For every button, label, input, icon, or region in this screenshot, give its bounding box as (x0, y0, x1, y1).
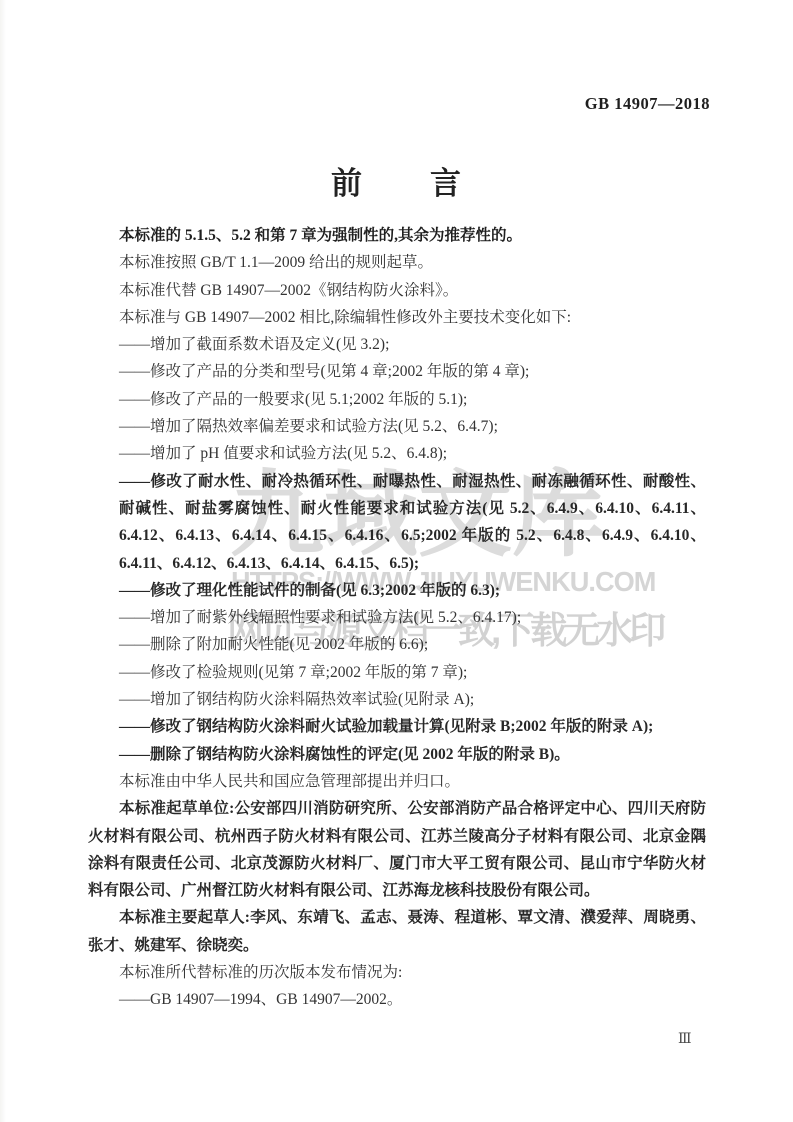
body-line: 本标准按照 GB/T 1.1—2009 给出的规则起草。 (88, 249, 706, 276)
document-page: 九域文库 HTTPS://WWW.JIUYUWENKU.COM 网页与源文档一致… (0, 0, 793, 1122)
body-line: ——增加了钢结构防火涂料隔热效率试验(见附录 A); (119, 686, 706, 713)
body-line: 本标准所代替标准的历次版本发布情况为: (88, 959, 706, 986)
page-number: Ⅲ (678, 1031, 692, 1048)
body-line: 本标准的 5.1.5、5.2 和第 7 章为强制性的,其余为推荐性的。 (88, 222, 706, 249)
body-line: ——增加了隔热效率偏差要求和试验方法(见 5.2、6.4.7); (119, 413, 706, 440)
page-title: 前 言 (88, 158, 706, 203)
body-line: ——GB 14907—1994、GB 14907—2002。 (119, 986, 706, 1013)
body-line: ——修改了理化性能试件的制备(见 6.3;2002 年版的 6.3); (119, 577, 706, 604)
body-line: ——增加了 pH 值要求和试验方法(见 5.2、6.4.8); (119, 440, 706, 467)
body-line: 本标准代替 GB 14907—2002《钢结构防火涂料》。 (88, 277, 706, 304)
body-line: ——增加了截面系数术语及定义(见 3.2); (119, 331, 706, 358)
body-line: 本标准主要起草人:李风、东靖飞、孟志、聂涛、程道彬、覃文清、濮爱萍、周晓勇、张才… (88, 904, 706, 959)
body-line: ——增加了耐紫外线辐照性要求和试验方法(见 5.2、6.4.17); (119, 604, 706, 631)
body-line: ——修改了耐水性、耐冷热循环性、耐曝热性、耐湿热性、耐冻融循环性、耐酸性、耐碱性… (119, 468, 706, 577)
body-line: ——删除了附加耐火性能(见 2002 年版的 6.6); (119, 631, 706, 658)
body-line: ——修改了产品的分类和型号(见第 4 章;2002 年版的第 4 章); (119, 358, 706, 385)
body-line: ——修改了检验规则(见第 7 章;2002 年版的第 7 章); (119, 659, 706, 686)
body-line: 本标准起草单位:公安部四川消防研究所、公安部消防产品合格评定中心、四川天府防火材… (88, 795, 706, 904)
body-line: ——删除了钢结构防火涂料腐蚀性的评定(见 2002 年版的附录 B)。 (119, 741, 706, 768)
body-line: 本标准与 GB 14907—2002 相比,除编辑性修改外主要技术变化如下: (88, 304, 706, 331)
body-line: 本标准由中华人民共和国应急管理部提出并归口。 (88, 768, 706, 795)
standard-code: GB 14907—2018 (585, 94, 710, 114)
foreword-body: 本标准的 5.1.5、5.2 和第 7 章为强制性的,其余为推荐性的。本标准按照… (88, 222, 706, 1014)
body-line: ——修改了钢结构防火涂料耐火试验加载量计算(见附录 B;2002 年版的附录 A… (119, 713, 706, 740)
body-line: ——修改了产品的一般要求(见 5.1;2002 年版的 5.1); (119, 386, 706, 413)
